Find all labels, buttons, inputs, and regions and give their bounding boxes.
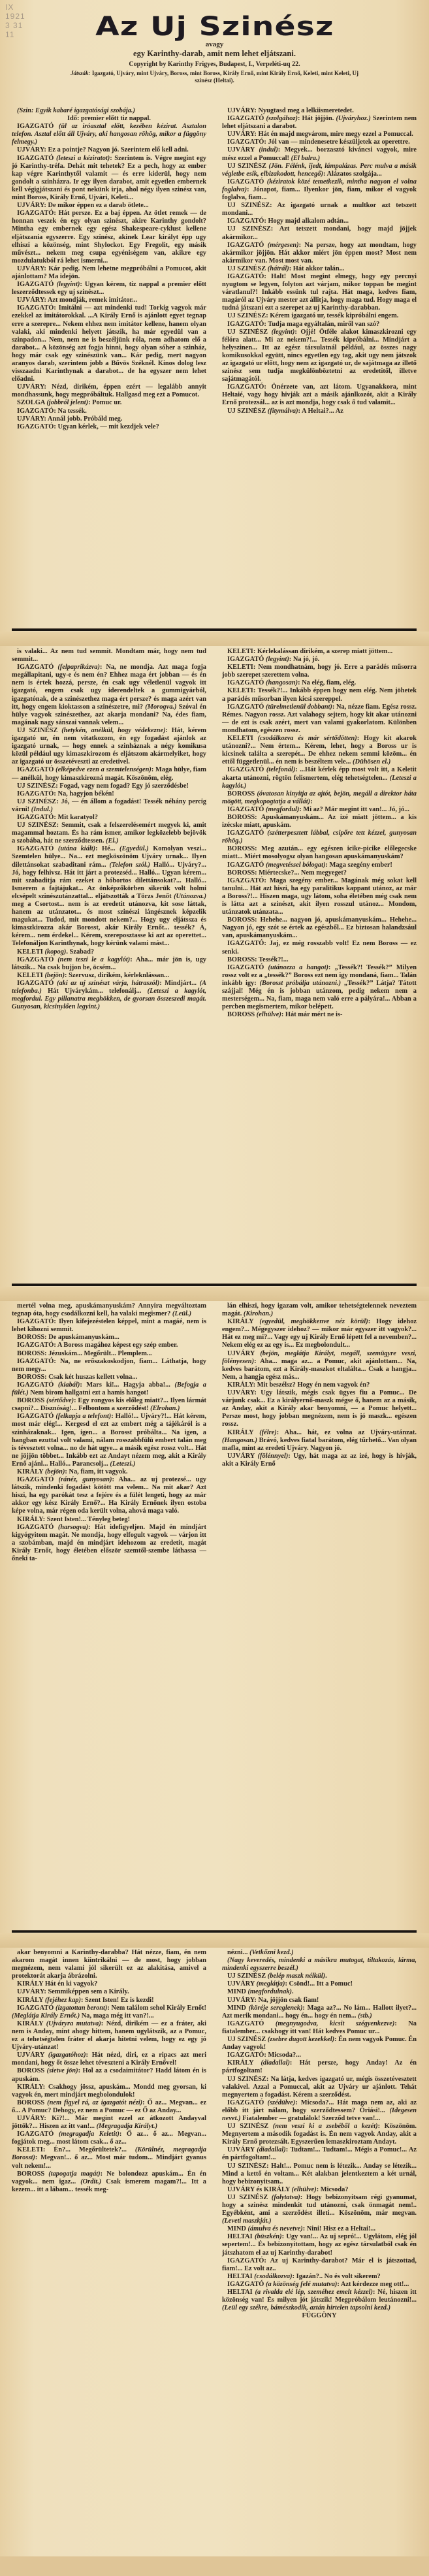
dialogue-paragraph: KIRÁLY (bejön): Na, fiam, itt vagyok. [12,1468,206,1476]
stage-direction: (Ordit.) [80,2178,101,2185]
stage-direction: (bejön, meglátja Királyt, megáll, szemüg… [222,1350,417,1365]
dialogue-paragraph: UJ SZINÉSZ: Az igazgató urnak a multkor … [222,202,417,217]
dialogue-paragraph: IGAZGATÓ (megragadja Keletit): Ő az... ő… [12,2131,206,2146]
column-right: nézni... (Vetkőzni kezd.)(Nagy keveredés… [222,1949,417,2320]
stage-direction: (csodálkozva és már sértődötten) [258,735,357,742]
stage-direction: (Leteszi.) [110,1460,135,1468]
stage-direction: (felpaprikázva) [57,664,100,671]
stage-direction: (ül az iróasztal előtt, kezében kézirat.… [12,123,206,146]
stage-direction: (kopog) [44,948,66,956]
dialogue-paragraph: KIRÁLY: Csakhogy jössz, apuskám... Mondd… [12,2084,206,2099]
cast-label: Játszák: [71,70,91,76]
text-section-2: is valaki... Az nem tud semmit. Mondtam … [12,648,417,1019]
text-section-4: akar benyomni a Karinthy-darabba? Hát né… [12,1949,417,2320]
dialogue-paragraph: IGAZGATÓ (kiabál): Mars ki!... Hagyja ab… [12,1381,206,1397]
stage-direction: (Elrohan.) [150,1405,180,1412]
stage-direction: (Megragadja Királyt.) [97,2123,158,2130]
stage-direction: (folytatva) [272,2194,300,2201]
dialogue-paragraph: IGAZGATÓ (izgatottan beront): Nem találo… [12,2004,206,2020]
dialogue-paragraph: IGAZGATÓ (megvetéssel bólogat): Maga sze… [222,861,417,869]
dialogue-paragraph: BOROSS (sietve jön): Hol az a csodaimitá… [12,2067,206,2083]
dialogue-paragraph: UJVÁRY: Nyugtasd meg a lelkiismeretedet. [222,107,417,115]
column-left: is valaki... Az nem tud semmit. Mondtam … [12,648,206,1019]
stage-direction: (felkapja a telefont) [56,1413,111,1420]
dialogue-paragraph: BOROSS: Meg azután... egy egészen icike-… [222,845,417,861]
stage-direction: (izgatottan beront) [56,2004,107,2012]
dialogue-paragraph: UJ SZINÉSZ: Azt tetszett mondani, hogy m… [222,225,417,241]
dialogue-paragraph: IGAZGATÓ (aki az uj szinészt várja, hátr… [12,980,206,1011]
dialogue-paragraph: BOROSS (nem figyel rá, az igazgatót nézi… [12,2099,206,2115]
stage-direction: (El balra.) [291,155,320,162]
dialogue-paragraph: BOROSS: Miértecske?... Nem megyeget? [222,869,417,877]
dialogue-paragraph: UJVÁRY: Nézd, dirikém, éppen ezért — leg… [12,383,206,399]
stage-direction: (Indul.) [31,806,53,813]
dialogue-paragraph: akar benyomni a Karinthy-darabba? Hát né… [12,1949,206,1980]
dialogue-paragraph: IGAZGATÓ (elképedve ezen a szemtelensége… [12,766,206,782]
dialogue-paragraph: IGAZGATÓ (kéziratok közé temetkezik, min… [222,178,417,202]
article-header: Az Uj Szinész avagy egy Karinthy-darab, … [0,0,429,84]
section-divider [12,1930,417,1933]
dialogue-paragraph: IGAZGATÓ (telefonál): ...Hát kérlek épp … [222,766,417,790]
dialogue-paragraph: BOROSS: Tessék?!... [222,956,417,964]
stage-direction: (szédülve) [268,2099,296,2106]
stage-direction: (Körülnéz, megragadja Borosst) [12,2146,206,2161]
stage-direction: (Telefon szól.) [109,861,150,869]
dialogue-paragraph: IGAZGATÓ (mérgesen): Na persze, hogy azt… [222,242,417,265]
dialogue-paragraph: IGAZGATÓ (legyint): Na jó, jó. [222,656,417,664]
stage-direction: (sietve jön) [47,2067,78,2074]
stage-direction: (indul) [259,146,278,153]
dialogue-paragraph: IGAZGATÓ (szédülve): Micsoda?... Hát mag… [222,2099,417,2123]
dialogue-paragraph: IGAZGATÓ: Az uj Karinthy-darabot? Már el… [222,2257,417,2273]
stage-direction: (Leveti maszkját.) [222,2217,272,2225]
column-right: lán elhiszi, hogy igazam volt, amikor te… [222,1302,417,1563]
dialogue-paragraph: IGAZGATÓ (legyint): Ugyan kérem, tiz nap… [12,281,206,297]
dialogue-paragraph: BOROSS: Csak két huszas kellett volna... [12,1374,206,1381]
dialogue-paragraph: IGAZGATÓ (szolgához): Hát jöjjön. (Ujvár… [222,115,417,131]
dialogue-paragraph: HELTAI (büszkén): Ugy van!... Az uj sepr… [222,2233,417,2257]
page-fold-band [0,632,429,646]
dialogue-paragraph: IGAZGATÓ: Hát persze. Ez a baj éppen. Az… [12,210,206,265]
dialogue-paragraph: UJVÁRY és KIRÁLY (elhülve): Micsoda? [222,2186,417,2194]
dialogue-paragraph: IGAZGATÓ: Na, ne erőszakoskodjon, fiam..… [12,1358,206,1374]
stage-direction: (Dühösen el.) [353,758,390,765]
stage-direction: (ámulva és nevetve) [247,2225,302,2232]
dialogue-paragraph: MIND (ámulva és nevetve): Nini! Hisz ez … [222,2225,417,2233]
dialogue-paragraph: BOROSS (tapogatja magát): Ne bolondozz a… [12,2170,206,2194]
dialogue-paragraph: UJVÁRY: Ugy látszik, mégis csak ügyes fi… [222,1389,417,1428]
dialogue-paragraph: UJ SZINÉSZ (fitymálva): A Heltai?... Az [222,408,417,415]
stage-direction: (meglátja) [257,1980,285,1988]
stage-direction: (hetykén, anélkül, hogy védekezne) [61,727,165,734]
stage-direction: (Leül.) [172,1310,191,1317]
stage-direction: (köréje sereglenek) [249,2004,303,2012]
dialogue-paragraph: UJVÁRY (fölénnyel): Ugy, hát maga az az … [222,1453,417,1468]
dialogue-paragraph: UJVÁRY: Azt mondják, remek imitátor... [12,297,206,304]
stage-direction: (szolgához) [266,115,298,122]
dialogue-paragraph: IGAZGATÓ: A Boross magához képest egy sz… [12,1342,206,1349]
dialogue-paragraph: UJVÁRY: Kár pedig. Nem lehetne megpróbál… [12,265,206,281]
stage-direction: (legyint) [272,329,295,336]
dialogue-paragraph: KIRÁLY (egyedül, meghökkenve néz körül):… [222,1318,417,1349]
stage-direction: (elképedve ezen a szemtelenségen) [56,766,151,773]
dialogue-paragraph: IGAZGATÓ (szétterpesztett lábbal, csipőr… [222,829,417,845]
stage-direction: (hátrál) [268,265,289,272]
stage-direction: (belép maszk nélkül) [268,1972,325,1980]
dialogue-paragraph: IGAZGATÓ (harsogva): Hát idefigyeljen. M… [12,1524,206,1563]
stage-direction: (Jön. Félénk, ijedt, lámpalázas. Perc mu… [222,163,417,178]
stage-direction: (bejön) [45,1468,65,1475]
dialogue-paragraph: IGAZGATÓ (ül az iróasztal előtt, kezében… [12,123,206,146]
dialogue-paragraph: MIND (megfordulnak). [222,1988,417,1996]
dialogue-paragraph: UJ SZINÉSZ: Jó, — én állom a fogadást! T… [12,798,206,814]
stage-direction: (félre) [259,1429,277,1436]
text-section-3: mertél volna meg, apuskámanyuskám? Annyi… [12,1302,417,1563]
stage-direction: (a közönség felé mutatva) [266,2281,337,2288]
stage-direction: (megragadja Keletit) [59,2131,119,2138]
dialogue-paragraph: UJ SZINÉSZ (Jön. Félénk, ijedt, lámpaláz… [222,163,417,178]
dialogue-paragraph: KIRÁLY: Szent Isten!... Tényleg beteg! [12,1516,206,1524]
stage-direction: (Egyedül.) [119,845,149,852]
stage-direction: (El.) [106,837,118,845]
dialogue-paragraph: KIRÁLY (félre): Aha... hát, ez volna az … [222,1429,417,1453]
dialogue-paragraph: KIRÁLY Hát én ki vagyok? [12,1980,206,1988]
stage-direction: (mérgesen) [268,242,299,249]
dialogue-paragraph: IGAZGATÓ (felkapja a telefont): Halló!..… [12,1413,206,1468]
stage-direction: (Ujváryra mutatva) [46,2020,101,2027]
dialogue-paragraph: IGAZGATÓ (utánozza a hangot): „Tessék?! … [222,964,417,1012]
text-section-1: (Szin: Egyik kabaré igazgatósági szobája… [12,107,417,431]
stage-direction: (fitymálva) [268,408,298,415]
stage-direction: (kiabál) [58,1381,80,1389]
dialogue-paragraph: UJVÁRY: Semmiképpen sem a Király. [12,1988,206,1996]
dialogue-paragraph: is valaki... Az nem tud semmit. Mondtam … [12,648,206,664]
stage-direction: (harsogva) [58,1524,88,1531]
page-fold-band [0,1933,429,1948]
stage-direction: (megfordul) [266,806,299,813]
column-right: KELETI: Kérlekalássan dirikém, a szerep … [222,648,417,1019]
stage-direction: (hangosan) [266,679,298,686]
article-title: Az Uj Szinész [95,12,334,42]
dialogue-paragraph: KELETI (bejön): Szervusz, dirikém, kérle… [12,972,206,980]
stage-direction: (Befogja a fülét.) [12,1381,206,1396]
dialogue-paragraph: UJ SZINÉSZ (folytatva): Hogy bebizonyits… [222,2194,417,2225]
dialogue-paragraph: UJVÁRY (diadallal): Tudtam!... Tudtam!..… [222,2146,417,2162]
stage-direction: (megvetéssel bólogat) [266,861,325,869]
dialogue-paragraph: IGAZGATÓ: Önérzete van, azt látom. Ugyan… [222,383,417,407]
dialogue-paragraph: UJ SZINÉSZ (zsebre dugott kezekkel): Én … [222,2036,417,2052]
stage-direction: (utána kiált) [58,845,95,852]
stage-direction: (nem veszi ki a zsebéből a kezét) [273,2123,378,2130]
dialogue-paragraph: IGAZGATÓ (hangosan): Na elég, fiam, elég… [222,679,417,687]
dialogue-paragraph: UJVÁRY: Hát én majd megvárom, mire megy … [222,131,417,138]
dialogue-paragraph: KELETI: Kérlekalássan dirikém, a szerep … [222,648,417,656]
stage-direction: (Nagy keveredés, mindenki a másikra muto… [222,1957,417,1972]
column-left: mertél volna meg, apuskámanyuskám? Annyi… [12,1302,206,1563]
stage-direction: (Meglátja Király Ernőt.) [12,2012,80,2020]
dialogue-paragraph: KELETI: Nem mondhatnám, hogy jó. Erre a … [222,664,417,679]
stage-direction: (stb.) [358,2012,372,2020]
section-divider [12,1283,417,1286]
dialogue-paragraph: mertél volna meg, apuskámanyuskám? Annyi… [12,1302,206,1318]
stage-direction: (legyint) [57,281,80,288]
dialogue-paragraph: SZOLGA (jobbról jelent): Pomuc ur. [12,399,206,407]
dialogue-paragraph: (Szin: Egyik kabaré igazgatósági szobája… [12,107,206,115]
dialogue-paragraph: KIRÁLY: Mit beszélsz? Hogy én nem vagyok… [222,1381,417,1389]
stage-direction: (fejéhez kap) [45,1997,81,2004]
dialogue-paragraph: IGAZGATÓ (a közönség felé mutatva): Azt … [222,2281,417,2289]
stage-direction: (fölénnyel) [258,1453,289,1460]
dialogue-paragraph: (Nagy keveredés, mindenki a másikra muto… [222,1957,417,1972]
dialogue-paragraph: UJ SZINÉSZ (legyint): Ojjé! Ötféle alako… [222,329,417,384]
dialogue-paragraph: UJVÁRY: Annál jobb. Próbáld meg. [12,415,206,423]
dialogue-paragraph: IGAZGATÓ: Tudja maga egyáltalán, miről v… [222,321,417,329]
copyright-line: Copyright by Karinthy Frigyes, Budapest,… [0,61,429,68]
stage-direction: (Ujváryhoz.) [336,115,370,122]
stage-direction: (Borosst próbálja utánozni.) [259,980,341,987]
stage-direction: (Idegesen nevet.) [222,2107,417,2122]
dialogue-paragraph: IGAZGATÓ (ránéz, gunyosan): Aha... az uj… [12,1476,206,1515]
section-divider [12,628,417,631]
stage-direction: (nem figyel rá, az igazgatót nézi) [47,2099,142,2106]
stage-direction: (a rivalda elé lép, szeméhez emelt kézze… [255,2289,373,2296]
stage-direction: (Leteszi a kagylót.) [222,775,417,790]
dialogue-paragraph: nézni... (Vetkőzni kezd.) [222,1949,417,1957]
dialogue-paragraph: KELETI (csodálkozva és már sértődötten):… [222,735,417,766]
dialogue-paragraph: UJVÁRY (indul): Megyek... borzasztó kivá… [222,146,417,162]
stage-direction: (elhülve) [257,1011,281,1018]
dialogue-paragraph: KIRÁLY (diadallal): Hát persze, hogy And… [222,2059,417,2075]
stage-direction: (Szin: Egyik kabaré igazgatósági szobája… [17,107,135,114]
dialogue-paragraph: UJ SZINÉSZ: Kérem igazgató ur, tessék ki… [222,312,417,320]
dialogue-paragraph: KELETI: Tessék?!... Inkább éppen hogy ne… [222,687,417,703]
stage-direction: (óvatosan kinyitja az ajtót, bejön, megá… [222,790,417,805]
stage-direction: (egyedül, meghökkenve néz körül) [259,1318,368,1325]
dialogue-paragraph: FÜGGÖNY [222,2312,417,2320]
stage-direction: (aki az uj szinészt várja, hátraszól) [57,980,159,987]
stage-direction: (jobbról jelent) [46,399,88,406]
stage-direction: (leteszi a kéziratot) [56,155,110,162]
dialogue-paragraph: IGAZGATÓ (nem teszi le a kagylót): Aha..… [12,956,206,972]
stage-direction: (diadallal) [257,2146,285,2153]
stage-direction: (bejön) [44,972,65,979]
stage-direction: (Hangosan.) [222,1437,257,1444]
dialogue-paragraph: UJ SZINÉSZ (nem veszi ki a zsebéből a ke… [222,2123,417,2146]
stage-direction: (kéziratok közé temetkezik, mintha nagyo… [222,178,417,193]
column-left: akar benyomni a Karinthy-darabba? Hát né… [12,1949,206,2320]
stage-direction: (megnyugodva, kicsit szégyenkezve) [276,2020,394,2027]
dialogue-paragraph: IGAZGATÓ: Jól van — mindenesetre készülj… [222,138,417,146]
stage-direction: (legyint) [266,656,289,663]
dialogue-paragraph: UJ SZINÉSZ: Na látja, kedves igazgató ur… [222,2076,417,2099]
dialogue-paragraph: UJ SZINÉSZ: Fogad, vagy nem fogad? Egy j… [12,782,206,790]
dialogue-paragraph: BOROSS: Hehehe... nagyon jó, apuskámanyu… [222,916,417,940]
stage-direction: (Utánozva.) [174,893,206,900]
page-bottom-margin [0,2556,429,2576]
stage-direction: (büszkén) [255,2233,282,2240]
dialogue-paragraph: IGAZGATÓ: Na tessék. [12,408,206,415]
dialogue-paragraph: HELTAI (a rivalda elé lép, szeméhez emel… [222,2289,417,2312]
dialogue-paragraph: IGAZGATÓ (megnyugodva, kicsit szégyenkez… [222,2020,417,2036]
dialogue-paragraph: KELETI: Én?... Megőrültetek?... (Körülné… [12,2146,206,2170]
dialogue-paragraph: UJVÁRY (igazgatóhoz): Hát nézd, diri, ez… [12,2052,206,2067]
stage-direction: (Kirohan.) [244,1310,273,1317]
cast-names: Igazgató, Ujváry, mint Ujváry, Boross, m… [92,70,358,84]
dialogue-paragraph: BOROSS (sértődve): Egy rongyos kis előle… [12,1397,206,1413]
dialogue-paragraph: lán elhiszi, hogy igazam volt, amikor te… [222,1302,417,1318]
dialogue-paragraph: Idő: premier előtt tiz nappal. [12,115,206,123]
stage-direction: (zsebre dugott kezekkel) [268,2036,334,2043]
cast-list: Játszák: Igazgató, Ujváry, mint Ujváry, … [0,70,429,84]
stage-direction: (sértődve) [46,1397,74,1404]
dialogue-paragraph: IGAZGATÓ: Hogy majd alkalom adtán... [222,217,417,225]
dialogue-paragraph: UJ SZINÉSZ (hetykén, anélkül, hogy védek… [12,727,206,766]
stage-direction: (diadallal) [261,2059,289,2067]
stage-direction: (elhülve) [292,2186,317,2193]
dialogue-paragraph: IGAZGATÓ: Jaj, ez még rosszabb volt! Ez … [222,940,417,956]
stage-direction: (Vetkőzni kezd.) [249,1949,294,1956]
dialogue-paragraph: UJVÁRY: Ki?!... Már megint ezzel az átko… [12,2115,206,2131]
dialogue-paragraph: UJVÁRY: De mikor éppen ez a darab ötlete… [12,202,206,210]
dialogue-paragraph: IGAZGATÓ: Mit karatyol? [12,814,206,822]
dialogue-paragraph: IGAZGATÓ: Micsoda?... [222,2052,417,2059]
dialogue-paragraph: KIRÁLY (Ujváryra mutatva): Nézd, dirikém… [12,2020,206,2052]
dialogue-paragraph: BOROSS: Apuskámanyuskám... Az izé miatt … [222,814,417,829]
dialogue-paragraph: IGAZGATÓ (felpaprikázva): Na, ne mondja.… [12,664,206,727]
dialogue-paragraph: BOROSS (óvatosan kinyitja az ajtót, bejö… [222,790,417,806]
newspaper-page: IX 1921 3 31 11 Az Uj Szinész avagy egy … [0,0,429,2576]
dialogue-paragraph: UJ SZINÉSZ (hátrál): Hát akkor talán... [222,265,417,273]
dialogue-paragraph: UJVÁRY: Ez a pointje? Nagyon jó. Szerint… [12,146,206,154]
dialogue-paragraph: UJVÁRY (bejön, meglátja Királyt, megáll,… [222,1350,417,1381]
stage-direction: (nem teszi le a kagylót) [57,956,130,963]
stage-direction: (csodálkozva) [254,2273,292,2280]
stage-direction: (ránéz, gunyosan) [59,1476,112,1483]
dialogue-paragraph: UJVÁRY (meglátja): Csönd!... Itt a Pomuc… [222,1980,417,1988]
dialogue-paragraph: BOROSS: Jézuskám... Megőrült... Plemplem… [12,1350,206,1358]
dialogue-paragraph: UJ SZINÉSZ: Semmit, csak a felszerelésem… [12,822,206,845]
dialogue-paragraph: IGAZGATÓ: Halt! Most megint elmegy, hogy… [222,273,417,312]
dialogue-paragraph: IGAZGATÓ: Na, hagyjon békén! [12,790,206,798]
stage-direction: (megfordulnak) [247,1988,292,1995]
dialogue-paragraph: IGAZGATÓ (leteszi a kéziratot): Szerinte… [12,155,206,202]
dialogue-paragraph: KELETI (kopog). Szabad? [12,948,206,956]
stage-direction: (türelmetlenül dobbant) [266,703,332,711]
dialogue-paragraph: UJVÁRY: Na, jöjjön csak fiam! [222,1997,417,2004]
dialogue-paragraph: MIND (köréje sereglenek): Maga az?... No… [222,2004,417,2020]
dialogue-paragraph: KIRÁLY (fejéhez kap): Szent Isten! Ez is… [12,1997,206,2004]
article-subtitle: egy Karinthy-darab, amit nem lehet elját… [0,49,429,59]
dialogue-paragraph: BOROSS: De apuskámanyuskám... [12,1334,206,1342]
dialogue-paragraph: UJ SZINÉSZ: Halt!... Pomuc nem is létezi… [222,2163,417,2186]
dialogue-paragraph: HELTAI (csodálkozva): Igazán?.. No és vo… [222,2273,417,2281]
dialogue-paragraph: IGAZGATÓ: Ilyen kifejezéstelen képpel, m… [12,1318,206,1334]
dialogue-paragraph: IGAZGATÓ (megfordul): Mi az? Már megint … [222,806,417,814]
column-left: (Szin: Egyik kabaré igazgatósági szobája… [12,107,206,431]
dialogue-paragraph: BOROSS (elhülve): Hát már mért ne is- [222,1011,417,1019]
stage-direction: (szétterpesztett lábbal, csipőre tett ké… [222,829,417,845]
dialogue-paragraph: IGAZGATÓ: Imitálni — azt mindenki tud! T… [12,304,206,383]
dialogue-paragraph: IGAZGATÓ: Ugyan kérlek, — mit kezdjek ve… [12,423,206,431]
dialogue-paragraph: IGAZGATÓ: Maga szegény ember... Magának … [222,877,417,916]
page-fold-band [0,1287,429,1301]
stage-direction: (Leül egy székre, bámészkodik, aztán hir… [222,2304,390,2311]
stage-direction: (telefonál) [266,766,295,773]
dialogue-paragraph: UJ SZINÉSZ (belép maszk nélkül). [222,1972,417,1980]
stage-direction: (utánozza a hangot) [268,964,328,971]
stage-direction: (tapogatja magát) [48,2170,100,2178]
dialogue-paragraph: IGAZGATÓ (utána kiált): Hé... (Egyedül.)… [12,845,206,948]
stage-direction: (igazgatóhoz) [48,2052,86,2059]
dialogue-paragraph: IGAZGATÓ (türelmetlenül dobbant): Na, né… [222,703,417,735]
column-right: UJVÁRY: Nyugtasd meg a lelkiismeretedet.… [222,107,417,431]
stage-direction: (Morogva.) [145,703,176,711]
